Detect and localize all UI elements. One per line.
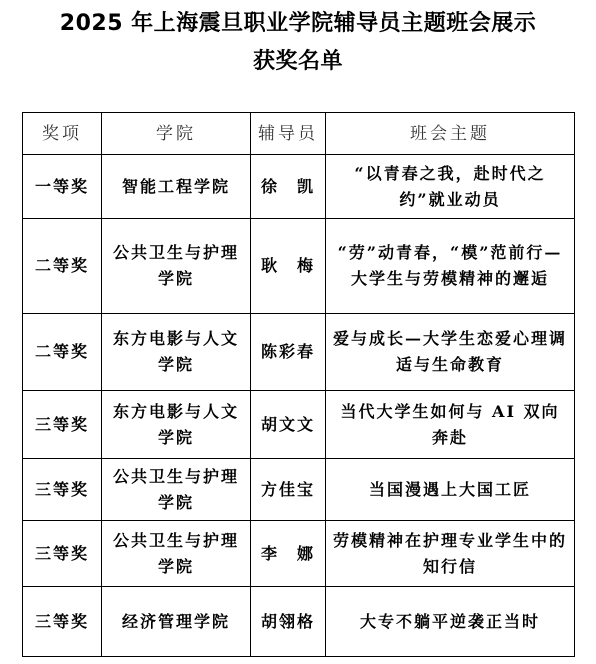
theme-cell: 当代大学生如何与 AI 双向奔赴 [326, 391, 575, 459]
college-cell: 东方电影与人文学院 [102, 314, 251, 391]
award-cell: 二等奖 [23, 314, 102, 391]
award-cell: 三等奖 [23, 521, 102, 587]
award-cell: 三等奖 [23, 459, 102, 521]
table-row: 一等奖 智能工程学院 徐 凯 “以青春之我，赴时代之约”就业动员 [23, 155, 575, 219]
award-cell: 一等奖 [23, 155, 102, 219]
header-award: 奖项 [23, 113, 102, 155]
award-cell: 三等奖 [23, 587, 102, 657]
header-college: 学院 [102, 113, 251, 155]
table-row: 二等奖 东方电影与人文学院 陈彩春 爱与成长—大学生恋爱心理调适与生命教育 [23, 314, 575, 391]
theme-cell: 爱与成长—大学生恋爱心理调适与生命教育 [326, 314, 575, 391]
counselor-cell: 陈彩春 [251, 314, 326, 391]
theme-cell: 大专不躺平逆袭正当时 [326, 587, 575, 657]
college-cell: 经济管理学院 [102, 587, 251, 657]
document-subtitle: 获奖名单 [0, 44, 596, 75]
table-header-row: 奖项 学院 辅导员 班会主题 [23, 113, 575, 155]
table-row: 三等奖 公共卫生与护理学院 方佳宝 当国漫遇上大国工匠 [23, 459, 575, 521]
theme-cell: 劳模精神在护理专业学生中的知行信 [326, 521, 575, 587]
counselor-cell: 李 娜 [251, 521, 326, 587]
header-counselor: 辅导员 [251, 113, 326, 155]
award-cell: 三等奖 [23, 391, 102, 459]
table-row: 三等奖 东方电影与人文学院 胡文文 当代大学生如何与 AI 双向奔赴 [23, 391, 575, 459]
counselor-cell: 方佳宝 [251, 459, 326, 521]
college-cell: 东方电影与人文学院 [102, 391, 251, 459]
counselor-cell: 徐 凯 [251, 155, 326, 219]
college-cell: 公共卫生与护理学院 [102, 219, 251, 314]
college-cell: 公共卫生与护理学院 [102, 459, 251, 521]
counselor-cell: 耿 梅 [251, 219, 326, 314]
college-cell: 智能工程学院 [102, 155, 251, 219]
awards-table: 奖项 学院 辅导员 班会主题 一等奖 智能工程学院 徐 凯 “以青春之我，赴时代… [22, 112, 575, 657]
table-row: 二等奖 公共卫生与护理学院 耿 梅 “劳”动青春，“模”范前行—大学生与劳模精神… [23, 219, 575, 314]
award-cell: 二等奖 [23, 219, 102, 314]
document-title: 2025 年上海震旦职业学院辅导员主题班会展示 [0, 6, 596, 37]
theme-cell: 当国漫遇上大国工匠 [326, 459, 575, 521]
college-cell: 公共卫生与护理学院 [102, 521, 251, 587]
theme-cell: “劳”动青春，“模”范前行—大学生与劳模精神的邂逅 [326, 219, 575, 314]
table-row: 三等奖 公共卫生与护理学院 李 娜 劳模精神在护理专业学生中的知行信 [23, 521, 575, 587]
header-theme: 班会主题 [326, 113, 575, 155]
theme-cell: “以青春之我，赴时代之约”就业动员 [326, 155, 575, 219]
counselor-cell: 胡文文 [251, 391, 326, 459]
counselor-cell: 胡翎格 [251, 587, 326, 657]
table-row: 三等奖 经济管理学院 胡翎格 大专不躺平逆袭正当时 [23, 587, 575, 657]
